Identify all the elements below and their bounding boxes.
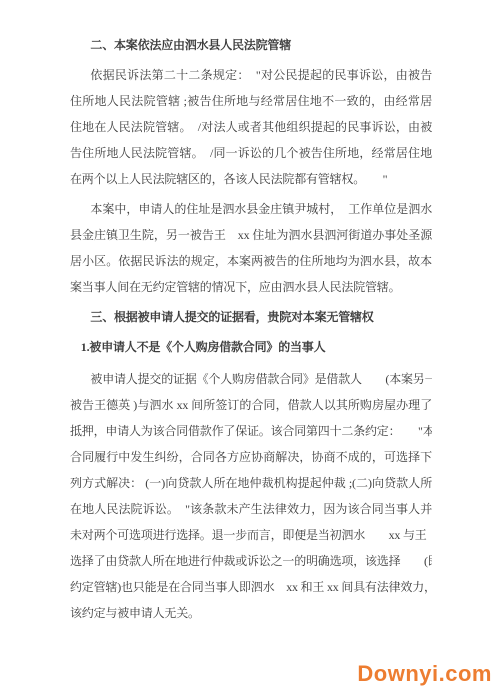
text-line: 告住所地人民法院管辖。 /同一诉讼的几个被告住所地，经常居住地	[70, 140, 432, 166]
text-line: 约定管辖)也只能是在合同当事人即泗水 xx 和王 xx 间具有法律效力，	[70, 574, 432, 600]
text-line: 合同履行中发生纠纷，合同各方应协商解决，协商不成的，可选择下	[70, 444, 432, 470]
text-line: 列方式解决： (一)向贷款人所在地仲裁机构提起仲裁 ;(二)向贷款人所	[70, 470, 432, 496]
paragraph: 被申请人提交的证据《个人购房借款合同》是借款人 (本案另一 被告王德英 )与泗水…	[70, 366, 432, 626]
downyi-watermark: Downyi.com	[357, 661, 492, 687]
paragraph: 依据民诉法第二十二条规定： "对公民提起的民事诉讼，由被告 住所地人民法院管辖 …	[70, 62, 432, 192]
text-line: 未对两个可选项进行选择。退一步而言，即便是当初泗水 xx 与王 x	[70, 522, 432, 548]
text-line: 住所地人民法院管辖 ;被告住所地与经常居住地不一致的，由经常居	[70, 88, 432, 114]
text-line: 案当事人间在无约定管辖的情况下，应由泗水县人民法院管辖。	[70, 274, 432, 300]
paragraph: 1.被申请人不是《个人购房借款合同》的当事人	[70, 334, 432, 360]
subsection-heading-1: 1.被申请人不是《个人购房借款合同》的当事人	[70, 334, 432, 360]
text-line: 在地人民法院诉讼。 "该条款未产生法律效力，因为该合同当事人并	[70, 496, 432, 522]
text-line: 依据民诉法第二十二条规定： "对公民提起的民事诉讼，由被告	[70, 62, 432, 88]
paragraph: 三、根据被申请人提交的证据看，贵院对本案无管辖权	[70, 304, 432, 330]
text-line: 居小区。依据民诉法的规定，本案两被告的住所地均为泗水县，故本	[70, 248, 432, 274]
paragraph: 二、本案依法应由泗水县人民法院管辖	[70, 32, 432, 58]
text-line: 抵押，申请人为该合同借款作了保证。该合同第四十二条约定： "本	[70, 418, 432, 444]
text-line: 被告王德英 )与泗水 xx 间所签订的合同，借款人以其所购房屋办理了	[70, 392, 432, 418]
section-heading-2: 二、本案依法应由泗水县人民法院管辖	[70, 32, 432, 58]
section-heading-3: 三、根据被申请人提交的证据看，贵院对本案无管辖权	[70, 304, 432, 330]
text-line: 县金庄镇卫生院，另一被告王 xx 住址为泗水县泗河街道办事处圣源	[70, 222, 432, 248]
text-line: 本案中，申请人的住址是泗水县金庄镇尹城村， 工作单位是泗水	[70, 196, 432, 222]
text-line: 选择了由贷款人所在地进行仲裁或诉讼之一的明确选项，该选择 (即	[70, 548, 432, 574]
paragraph: 本案中，申请人的住址是泗水县金庄镇尹城村， 工作单位是泗水 县金庄镇卫生院，另一…	[70, 196, 432, 300]
text-line: 住地在人民法院管辖。 /对法人或者其他组织提起的民事诉讼，由被	[70, 114, 432, 140]
text-line: 被申请人提交的证据《个人购房借款合同》是借款人 (本案另一	[70, 366, 432, 392]
text-line: 该约定与被申请人无关。	[70, 600, 432, 626]
document-content: 二、本案依法应由泗水县人民法院管辖 依据民诉法第二十二条规定： "对公民提起的民…	[0, 0, 500, 626]
document-page: 二、本案依法应由泗水县人民法院管辖 依据民诉法第二十二条规定： "对公民提起的民…	[0, 0, 500, 693]
text-line: 在两个以上人民法院辖区的，各该人民法院都有管辖权。 "	[70, 166, 432, 192]
